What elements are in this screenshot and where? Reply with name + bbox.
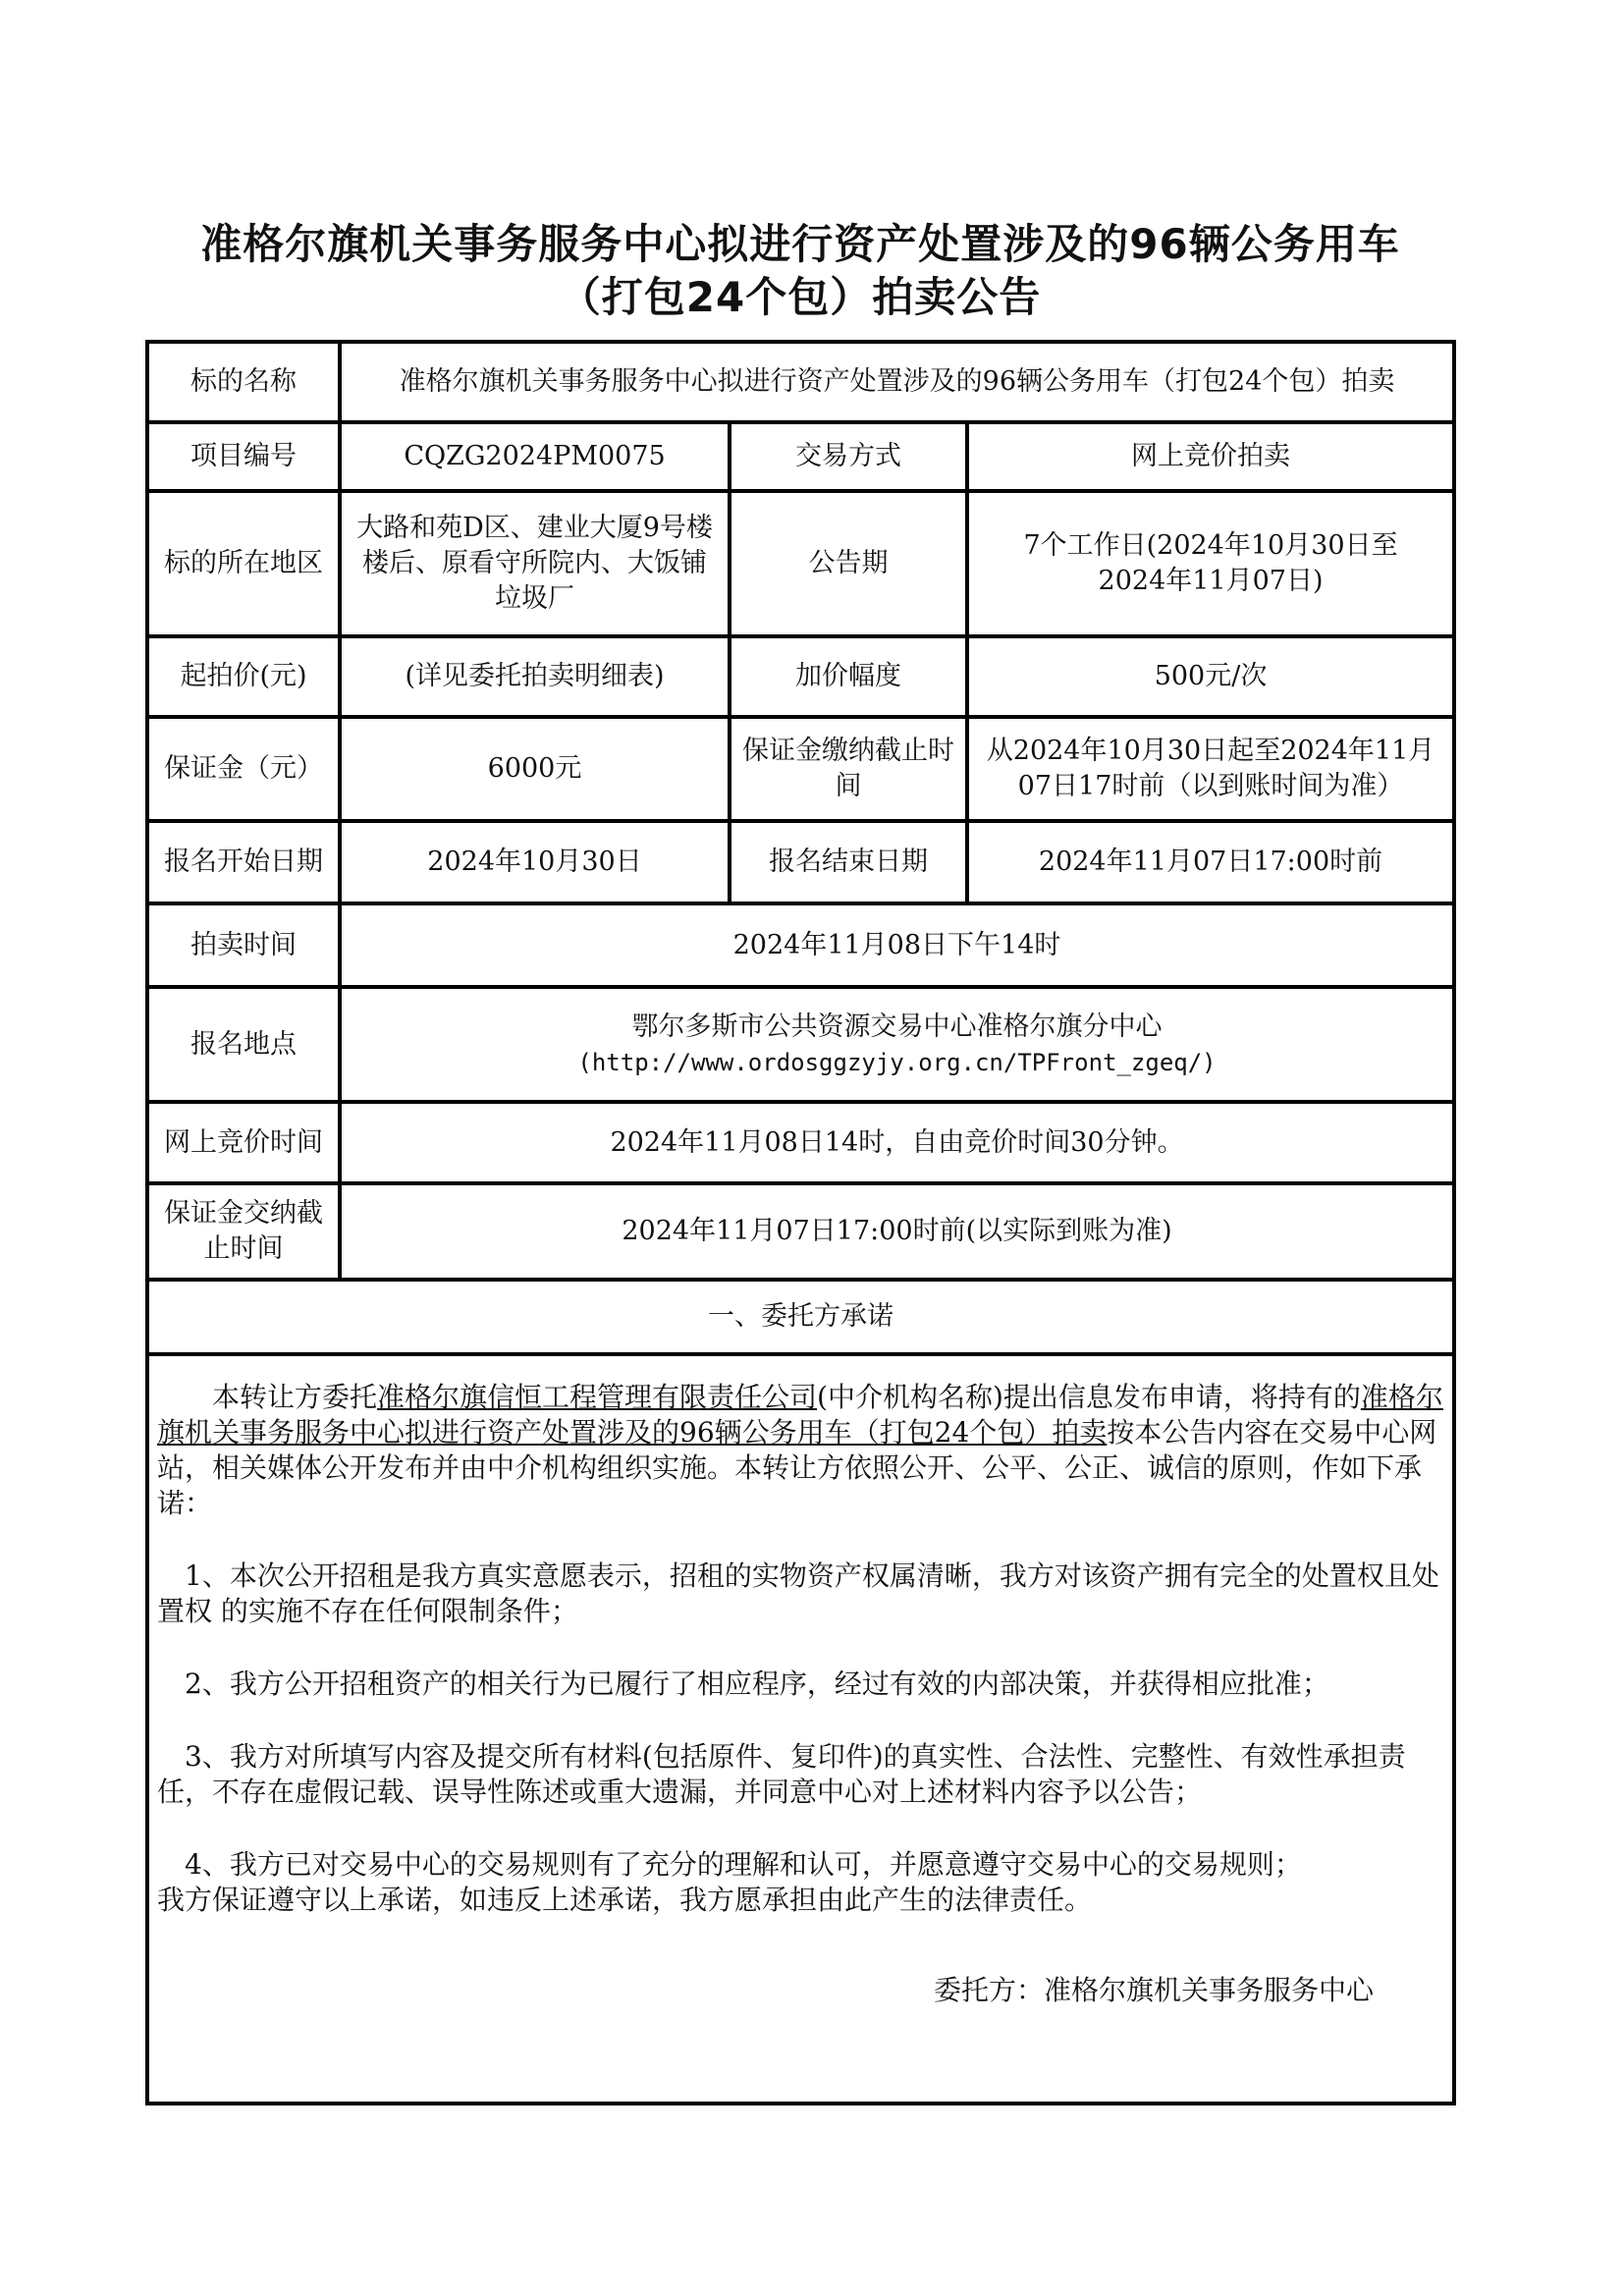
project-number-value: CQZG2024PM0075 — [340, 422, 730, 491]
subject-name-value: 准格尔旗机关事务服务中心拟进行资产处置涉及的96辆公务用车（打包24个包）拍卖 — [340, 342, 1454, 422]
row-deposit-payment-deadline: 保证金交纳截止时间 2024年11月07日17:00时前(以实际到账为准) — [147, 1183, 1454, 1280]
row-subject-name: 标的名称 准格尔旗机关事务服务中心拟进行资产处置涉及的96辆公务用车（打包24个… — [147, 342, 1454, 422]
project-number-label: 项目编号 — [147, 422, 340, 491]
starting-price-value: (详见委托拍卖明细表) — [340, 636, 730, 717]
trade-method-label: 交易方式 — [730, 422, 967, 491]
row-promise-section-title: 一、委托方承诺 — [147, 1280, 1454, 1354]
bid-increment-label: 加价幅度 — [730, 636, 967, 717]
auction-time-value: 2024年11月08日下午14时 — [340, 903, 1454, 987]
promise-intro-part1: 本转让方委托 — [212, 1381, 377, 1413]
registration-end-value: 2024年11月07日17:00时前 — [967, 821, 1454, 903]
promise-item-3: 3、我方对所填写内容及提交所有材料(包括原件、复印件)的真实性、合法性、完整性、… — [157, 1739, 1446, 1810]
online-bid-time-value: 2024年11月08日14时，自由竞价时间30分钟。 — [340, 1102, 1454, 1183]
promise-item-4: 4、我方已对交易中心的交易规则有了充分的理解和认可，并愿意遵守交易中心的交易规则… — [157, 1847, 1446, 1883]
registration-place-url[interactable]: (http://www.ordosggzyjy.org.cn/TPFront_z… — [350, 1045, 1444, 1080]
deposit-deadline-value: 从2024年10月30日起至2024年11月07日17时前（以到账时间为准） — [967, 717, 1454, 821]
row-location: 标的所在地区 大路和苑D区、建业大厦9号楼楼后、原看守所院内、大饭铺垃圾厂 公告… — [147, 491, 1454, 636]
bid-increment-value: 500元/次 — [967, 636, 1454, 717]
registration-start-value: 2024年10月30日 — [340, 821, 730, 903]
row-starting-price: 起拍价(元) (详见委托拍卖明细表) 加价幅度 500元/次 — [147, 636, 1454, 717]
auction-time-label: 拍卖时间 — [147, 903, 340, 987]
location-label: 标的所在地区 — [147, 491, 340, 636]
auction-notice-table: 标的名称 准格尔旗机关事务服务中心拟进行资产处置涉及的96辆公务用车（打包24个… — [145, 340, 1456, 2105]
row-registration-dates: 报名开始日期 2024年10月30日 报名结束日期 2024年11月07日17:… — [147, 821, 1454, 903]
registration-place-label: 报名地点 — [147, 987, 340, 1102]
subject-name-label: 标的名称 — [147, 342, 340, 422]
row-project-number: 项目编号 CQZG2024PM0075 交易方式 网上竞价拍卖 — [147, 422, 1454, 491]
deposit-label: 保证金（元） — [147, 717, 340, 821]
row-promise-body: 本转让方委托准格尔旗信恒工程管理有限责任公司(中介机构名称)提出信息发布申请，将… — [147, 1354, 1454, 2104]
location-value: 大路和苑D区、建业大厦9号楼楼后、原看守所院内、大饭铺垃圾厂 — [340, 491, 730, 636]
row-registration-place: 报名地点 鄂尔多斯市公共资源交易中心准格尔旗分中心 (http://www.or… — [147, 987, 1454, 1102]
trade-method-value: 网上竞价拍卖 — [967, 422, 1454, 491]
promise-intro-part2: (中介机构名称)提出信息发布申请，将持有的 — [817, 1381, 1361, 1413]
notice-title-line2: （打包24个包）拍卖公告 — [147, 271, 1453, 324]
row-online-bid-time: 网上竞价时间 2024年11月08日14时，自由竞价时间30分钟。 — [147, 1102, 1454, 1183]
notice-period-value: 7个工作日(2024年10月30日至2024年11月07日) — [967, 491, 1454, 636]
notice-title: 准格尔旗机关事务服务中心拟进行资产处置涉及的96辆公务用车 （打包24个包）拍卖… — [147, 218, 1453, 324]
registration-place-name: 鄂尔多斯市公共资源交易中心准格尔旗分中心 — [350, 1010, 1444, 1045]
deposit-payment-deadline-label: 保证金交纳截止时间 — [147, 1183, 340, 1280]
online-bid-time-label: 网上竞价时间 — [147, 1102, 340, 1183]
row-auction-time: 拍卖时间 2024年11月08日下午14时 — [147, 903, 1454, 987]
deposit-payment-deadline-value: 2024年11月07日17:00时前(以实际到账为准) — [340, 1183, 1454, 1280]
promise-guarantee: 我方保证遵守以上承诺，如违反上述承诺，我方愿承担由此产生的法律责任。 — [157, 1883, 1446, 1918]
starting-price-label: 起拍价(元) — [147, 636, 340, 717]
promise-section-title: 一、委托方承诺 — [147, 1280, 1454, 1354]
promise-intro: 本转让方委托准格尔旗信恒工程管理有限责任公司(中介机构名称)提出信息发布申请，将… — [157, 1380, 1446, 1521]
notice-period-label: 公告期 — [730, 491, 967, 636]
promise-body: 本转让方委托准格尔旗信恒工程管理有限责任公司(中介机构名称)提出信息发布申请，将… — [147, 1354, 1454, 2104]
registration-end-label: 报名结束日期 — [730, 821, 967, 903]
entrusting-party-signature: 委托方：准格尔旗机关事务服务中心 — [157, 1973, 1446, 2008]
registration-place-value: 鄂尔多斯市公共资源交易中心准格尔旗分中心 (http://www.ordosgg… — [340, 987, 1454, 1102]
registration-start-label: 报名开始日期 — [147, 821, 340, 903]
deposit-value: 6000元 — [340, 717, 730, 821]
agency-name: 准格尔旗信恒工程管理有限责任公司 — [377, 1381, 817, 1413]
promise-item-1: 1、本次公开招租是我方真实意愿表示，招租的实物资产权属清晰，我方对该资产拥有完全… — [157, 1558, 1446, 1629]
deposit-deadline-label: 保证金缴纳截止时间 — [730, 717, 967, 821]
row-deposit: 保证金（元） 6000元 保证金缴纳截止时间 从2024年10月30日起至202… — [147, 717, 1454, 821]
notice-title-line1: 准格尔旗机关事务服务中心拟进行资产处置涉及的96辆公务用车 — [147, 218, 1453, 271]
promise-item-2: 2、我方公开招租资产的相关行为已履行了相应程序，经过有效的内部决策，并获得相应批… — [157, 1667, 1446, 1702]
